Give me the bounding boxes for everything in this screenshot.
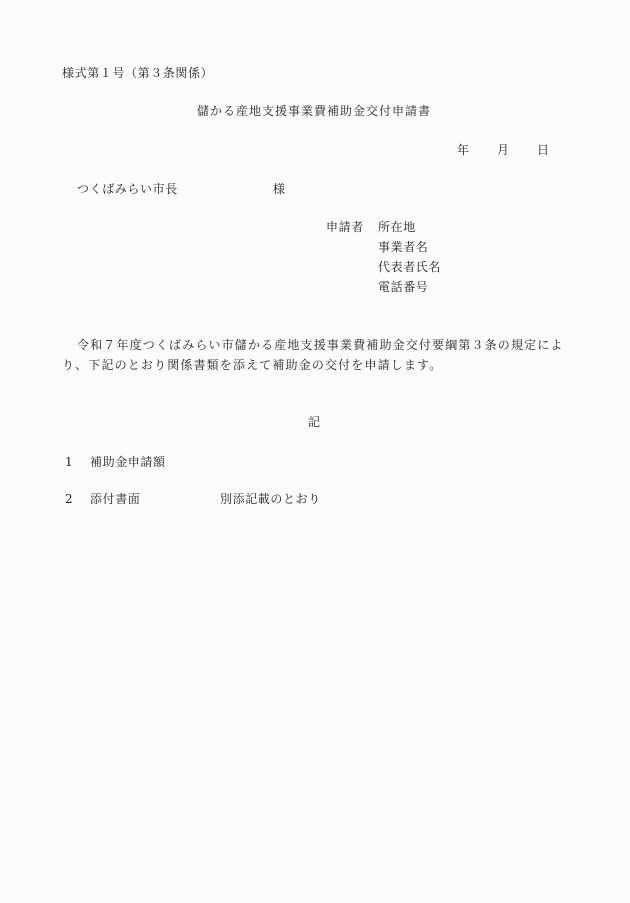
item-number: 1: [65, 455, 73, 469]
applicant-label: 申請者: [326, 220, 364, 234]
applicant-field-address: 所在地: [378, 220, 416, 234]
body-paragraph: 令和７年度つくばみらい市儲かる産地支援事業費補助金交付要綱第３条の規定により、下…: [62, 335, 572, 375]
date-day-label: 日: [537, 143, 550, 157]
document-title: 儲かる産地支援事業費補助金交付申請書: [197, 104, 431, 118]
applicant-field-representative: 代表者氏名: [378, 260, 441, 274]
date-month-label: 月: [497, 143, 510, 157]
item-label-subsidy-amount: 補助金申請額: [90, 455, 166, 469]
item-number: 2: [65, 492, 73, 506]
applicant-field-business-name: 事業者名: [378, 240, 428, 254]
item-label-attachments: 添付書面: [90, 492, 140, 506]
date-year-label: 年: [457, 143, 470, 157]
addressee-honorific: 様: [273, 182, 286, 196]
addressee-name: つくばみらい市長: [77, 182, 178, 196]
applicant-field-phone: 電話番号: [378, 280, 428, 294]
item-value-attachments: 別添記載のとおり: [220, 492, 321, 506]
form-number: 様式第１号（第３条関係）: [62, 66, 213, 80]
ki-heading: 記: [308, 415, 321, 429]
